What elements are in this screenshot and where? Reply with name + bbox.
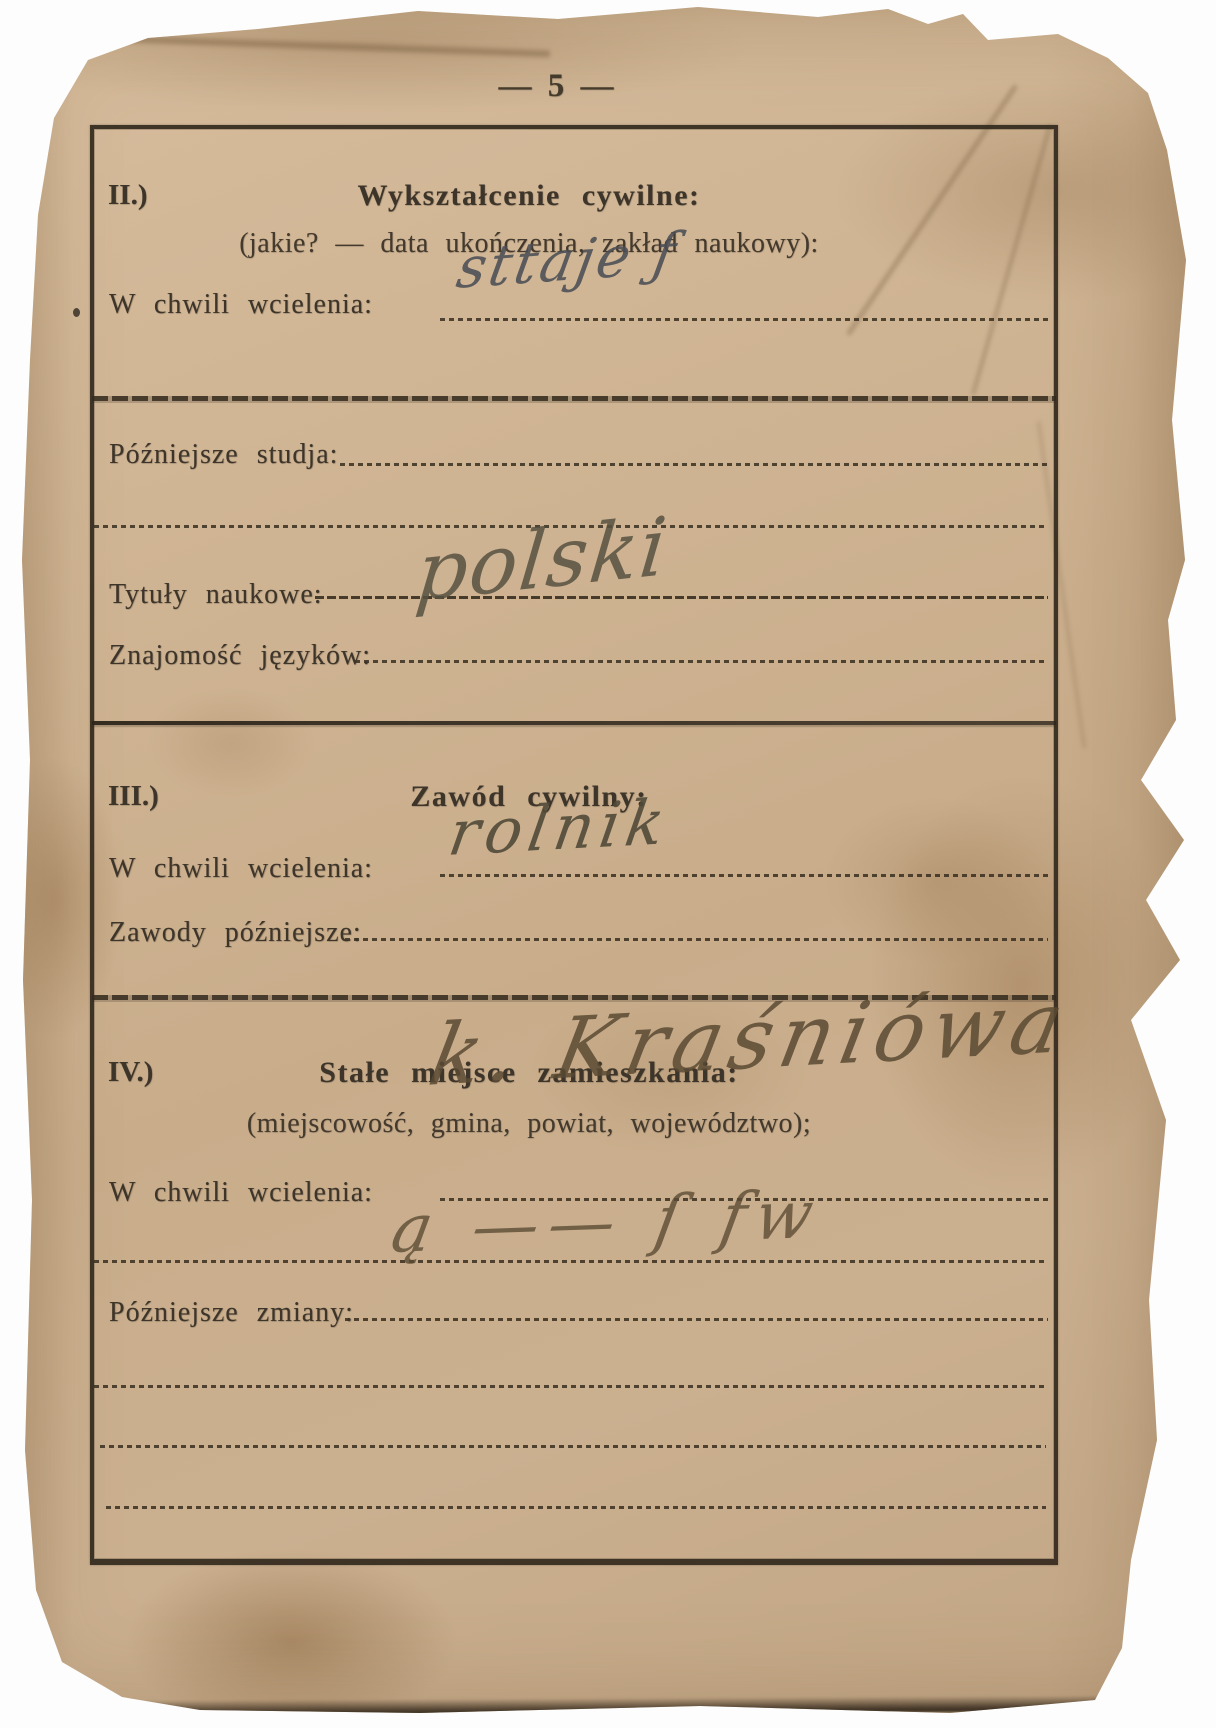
crease-line	[70, 34, 550, 58]
paper-bottom-edge-shadow	[40, 1695, 1136, 1717]
field-label-wcielenia-iii: W chwili wcielenia:	[109, 854, 373, 885]
field-label-zmiany: Późniejsze zmiany:	[109, 1298, 354, 1329]
ink-speck	[73, 308, 80, 317]
dotted-line	[355, 660, 1048, 663]
handwriting-wcielenia-iv-line2: ą —— ſ fw	[386, 1175, 829, 1268]
field-label-jezyki: Znajomość języków:	[109, 641, 371, 672]
field-label-wcielenia-iv: W chwili wcielenia:	[109, 1178, 373, 1209]
section-iv-subtitle-row: (miejscowość, gmina, powiat, województwo…	[94, 1108, 1054, 1140]
dotted-line	[345, 1318, 1048, 1321]
dotted-line	[440, 874, 1048, 877]
dotted-line	[440, 318, 1048, 321]
field-label-wcielenia-ii: W chwili wcielenia:	[109, 290, 373, 321]
dotted-line	[345, 938, 1048, 941]
section-separator	[92, 721, 1056, 725]
form-box: II.) Wykształcenie cywilne: (jakie? — da…	[90, 125, 1058, 1565]
handwriting-wcielenia-iii: rolnik	[444, 785, 675, 870]
dotted-line-continuation	[106, 1506, 1046, 1509]
paper-sheet: — 5 — II.) Wykształcenie cywilne: (jakie…	[0, 0, 1216, 1728]
page-number: — 5 —	[468, 68, 648, 105]
section-separator	[92, 396, 1056, 401]
field-label-studja: Późniejsze studja:	[109, 440, 338, 471]
field-label-tytuly: Tytuły naukowe:	[109, 580, 323, 611]
dotted-line-continuation	[94, 1385, 1048, 1388]
dotted-line-continuation	[100, 1445, 1046, 1448]
section-ii-title: Wykształcenie cywilne:	[358, 179, 701, 212]
section-ii-title-row: Wykształcenie cywilne:	[94, 179, 1054, 213]
scanned-page: — 5 — II.) Wykształcenie cywilne: (jakie…	[0, 0, 1216, 1728]
section-iv-subtitle: (miejscowość, gmina, powiat, województwo…	[247, 1108, 811, 1139]
handwriting-jezyki: polski	[412, 499, 673, 620]
field-label-zawody: Zawody późniejsze:	[109, 918, 362, 949]
dotted-line	[340, 463, 1048, 466]
